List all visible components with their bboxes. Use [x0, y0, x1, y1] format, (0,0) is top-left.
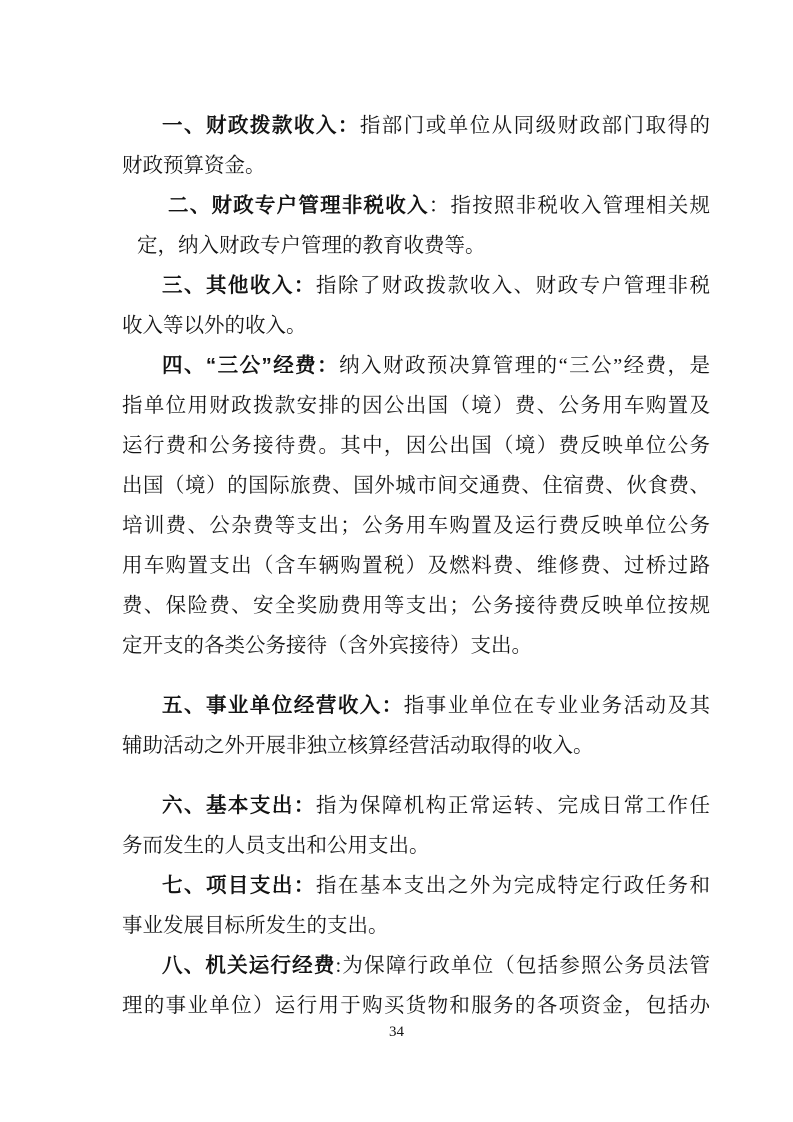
document-page: 一、财政拨款收入：指部门或单位从同级财政部门取得的财政预算资金。二、财政专户管理…	[0, 0, 793, 1122]
definition-text: ：指按照非税收入管理相关规	[429, 195, 710, 217]
definition-text: 培训费、公杂费等支出；公务用车购置及运行费反映单位公务	[122, 515, 710, 537]
definition-text: 指单位用财政拨款安排的因公出国（境）费、公务用车购置及	[122, 395, 710, 417]
text-line: 一、财政拨款收入：指部门或单位从同级财政部门取得的	[122, 106, 710, 146]
definition-text: 费、保险费、安全奖励费用等支出；公务接待费反映单位按规	[122, 595, 710, 617]
term-heading: 五、事业单位经营收入：	[162, 694, 404, 717]
text-line: 运行费和公务接待费。其中，因公出国（境）费反映单位公务	[122, 426, 710, 466]
definition-text: :为保障行政单位（包括参照公务员法管	[336, 955, 710, 977]
definition-text: 出国（境）的国际旅费、国外城市间交通费、住宿费、伙食费、	[122, 475, 710, 497]
text-line: 理的事业单位）运行用于购买货物和服务的各项资金，包括办	[122, 986, 710, 1026]
definition-text: 指为保障机构正常运转、完成日常工作任	[316, 795, 710, 817]
text-line: 收入等以外的收入。	[122, 306, 710, 346]
term-heading: 二、财政专户管理非税收入	[168, 194, 429, 217]
definition-text: 理的事业单位）运行用于购买货物和服务的各项资金，包括办	[122, 995, 710, 1017]
text-line: 四、“三公”经费：纳入财政预决算管理的“三公”经费，是	[122, 346, 710, 386]
term-heading: 八、机关运行经费	[162, 954, 336, 977]
definition-text: 用车购置支出（含车辆购置税）及燃料费、维修费、过桥过路	[122, 555, 710, 577]
text-line: 费、保险费、安全奖励费用等支出；公务接待费反映单位按规	[122, 586, 710, 626]
document-body: 一、财政拨款收入：指部门或单位从同级财政部门取得的财政预算资金。二、财政专户管理…	[122, 106, 710, 1026]
page-number: 34	[0, 1024, 793, 1041]
term-heading: 七、项目支出：	[162, 874, 316, 897]
text-line: 辅助活动之外开展非独立核算经营活动取得的收入。	[122, 726, 710, 766]
definition-text: 收入等以外的收入。	[122, 315, 307, 337]
definition-text: 运行费和公务接待费。其中，因公出国（境）费反映单位公务	[122, 435, 710, 457]
text-line: 五、事业单位经营收入：指事业单位在专业业务活动及其	[122, 686, 710, 726]
text-line: 指单位用财政拨款安排的因公出国（境）费、公务用车购置及	[122, 386, 710, 426]
definition-text: 务而发生的人员支出和公用支出。	[122, 835, 430, 857]
term-heading: 一、财政拨款收入：	[162, 114, 360, 137]
term-heading: 四、“三公”经费：	[162, 354, 339, 377]
definition-text: 定，纳入财政专户管理的教育收费等。	[137, 235, 486, 257]
definition-text: 指在基本支出之外为完成特定行政任务和	[316, 875, 710, 897]
definition-text: 辅助活动之外开展非独立核算经营活动取得的收入。	[122, 735, 594, 757]
text-line: 定开支的各类公务接待（含外宾接待）支出。	[122, 626, 710, 666]
text-line: 七、项目支出：指在基本支出之外为完成特定行政任务和	[122, 866, 710, 906]
text-line: 三、其他收入：指除了财政拨款收入、财政专户管理非税	[122, 266, 710, 306]
term-heading: 三、其他收入：	[162, 274, 316, 297]
definition-text: 指事业单位在专业业务活动及其	[404, 695, 710, 717]
definition-text: 纳入财政预决算管理的“三公”经费，是	[339, 355, 710, 377]
definition-text: 指部门或单位从同级财政部门取得的	[360, 115, 710, 137]
text-line: 六、基本支出：指为保障机构正常运转、完成日常工作任	[122, 786, 710, 826]
definition-text: 定开支的各类公务接待（含外宾接待）支出。	[122, 635, 532, 657]
term-heading: 六、基本支出：	[162, 794, 316, 817]
text-line: 用车购置支出（含车辆购置税）及燃料费、维修费、过桥过路	[122, 546, 710, 586]
text-line: 务而发生的人员支出和公用支出。	[122, 826, 710, 866]
definition-text: 财政预算资金。	[122, 155, 266, 177]
text-line: 培训费、公杂费等支出；公务用车购置及运行费反映单位公务	[122, 506, 710, 546]
text-line: 财政预算资金。	[122, 146, 710, 186]
definition-text: 事业发展目标所发生的支出。	[122, 915, 389, 937]
text-line: 八、机关运行经费:为保障行政单位（包括参照公务员法管	[122, 946, 710, 986]
text-line: 事业发展目标所发生的支出。	[122, 906, 710, 946]
definition-text: 指除了财政拨款收入、财政专户管理非税	[316, 275, 710, 297]
text-line: 二、财政专户管理非税收入：指按照非税收入管理相关规	[122, 186, 710, 226]
text-line: 出国（境）的国际旅费、国外城市间交通费、住宿费、伙食费、	[122, 466, 710, 506]
text-line: 定，纳入财政专户管理的教育收费等。	[122, 226, 710, 266]
